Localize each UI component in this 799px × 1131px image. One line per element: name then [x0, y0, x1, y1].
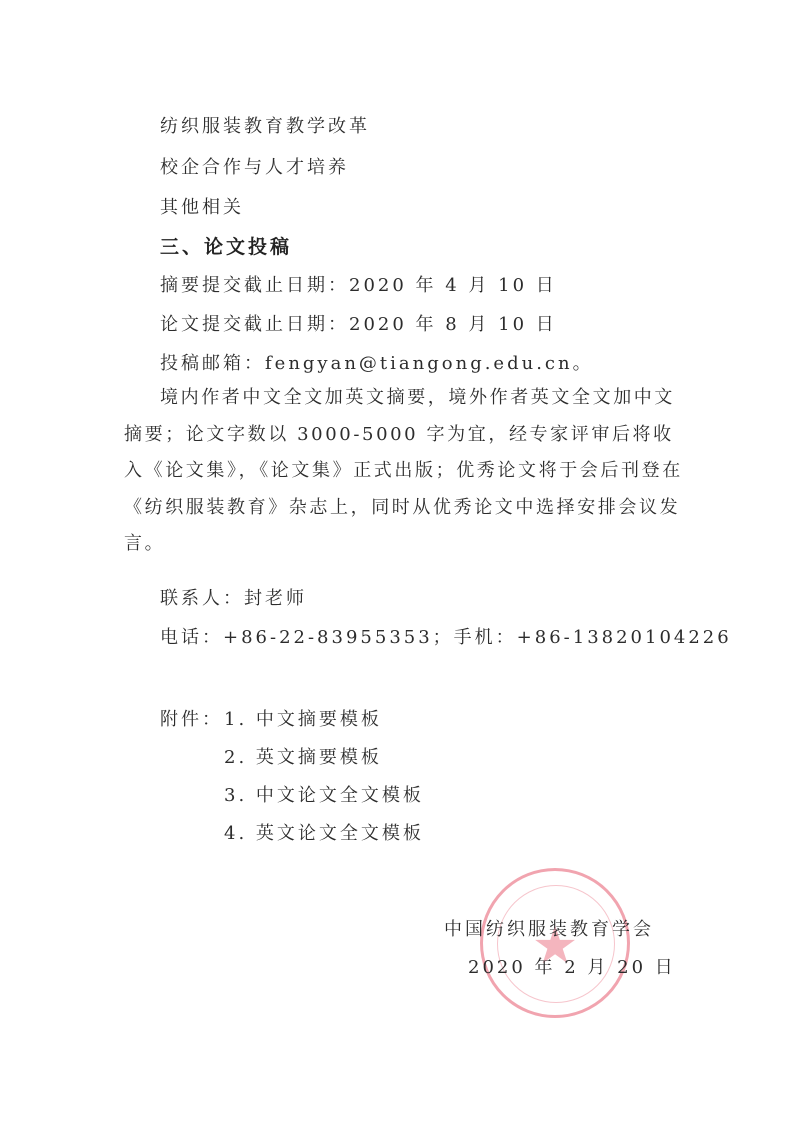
paper-deadline: 论文提交截止日期：2020 年 8 月 10 日	[160, 310, 557, 336]
attachments-label: 附件：	[160, 705, 223, 731]
attachment-item: 3. 中文论文全文模板	[224, 781, 424, 807]
attachment-item: 1. 中文摘要模板	[224, 705, 382, 731]
submission-email: 投稿邮箱：fengyan@tiangong.edu.cn。	[160, 349, 594, 375]
topic-item: 其他相关	[160, 193, 244, 219]
attachment-item: 4. 英文论文全文模板	[224, 819, 424, 845]
signature-date: 2020 年 2 月 20 日	[468, 953, 676, 979]
phone-numbers: 电话：+86-22-83955353；手机：+86-13820104226	[160, 623, 732, 649]
topic-item: 纺织服装教育教学改革	[160, 112, 370, 138]
abstract-deadline: 摘要提交截止日期：2020 年 4 月 10 日	[160, 271, 557, 297]
section-heading: 三、论文投稿	[160, 232, 292, 259]
official-seal: ★	[480, 868, 630, 1018]
topic-item: 校企合作与人才培养	[160, 153, 349, 179]
signature-organization: 中国纺织服装教育学会	[444, 915, 654, 941]
attachment-item: 2. 英文摘要模板	[224, 743, 382, 769]
submission-paragraph: 境内作者中文全文加英文摘要，境外作者英文全文加中文摘要；论文字数以 3000-5…	[124, 380, 684, 563]
contact-person: 联系人：封老师	[160, 584, 307, 610]
